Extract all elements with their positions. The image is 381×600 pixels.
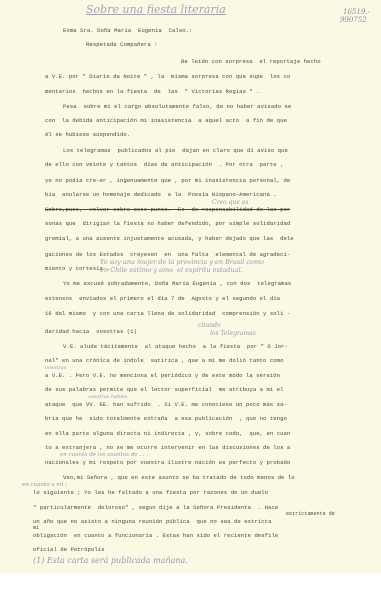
annotation-mi: mi [33, 525, 39, 532]
text-line: extensos enviados el primero el día 7 de… [45, 295, 280, 302]
text-line: con la debida anticipación mi inasistenc… [45, 117, 287, 124]
text-line: 16 del mismo y con una carta llena de so… [45, 310, 290, 317]
text-line: un año que no asisto a ninguna reunión p… [33, 518, 271, 525]
annotation-vosotras-habeis: vosotras habéis [88, 393, 127, 401]
annotation-vosotras: vosotras [45, 364, 66, 372]
text-line: daridad hacia vosotras (1) [45, 328, 137, 335]
text-line: a V.E. por " Diario da Noite " , la mism… [45, 73, 290, 80]
margin-note-1: Yo soy una mujer de la provincia y en Br… [100, 258, 264, 266]
annotation-telegramas: los Telegramas [210, 330, 256, 338]
text-line: Veo,mi Señora , que en este asunto se ha… [63, 474, 295, 481]
text-line: lo siguiente ; Yo les he faltado a una f… [33, 489, 268, 496]
text-line: gremial, a una ausente injustamente acus… [45, 235, 294, 242]
text-line: Pesa sobre mi el cargo absolutamente fal… [63, 103, 291, 110]
text-line: nacionales y mi respeto por vuestra ilus… [45, 459, 290, 466]
text-line: to a extranjera , no se me ocurre interv… [45, 444, 290, 451]
text-line: ataque que VV. EE. han sufrido . Si V.E.… [45, 401, 287, 408]
text-line: Yo me excusé sobradamente, Doña María Eu… [63, 280, 291, 287]
text-line: V.E. alude tácitamente al ataque hecho a… [63, 343, 288, 350]
salutation-addressee: Exma Sra. Doña María Eugenia Calso.: [63, 27, 192, 34]
text-line: bría que he sido totalmente extraña a es… [45, 415, 287, 422]
text-line: de sus palabras permite que el lector su… [45, 386, 283, 393]
text-line: nal" en una crónica de índole satírica ,… [45, 357, 283, 364]
text-line: yo no podía cre-er , ingenuamente que , … [45, 177, 290, 184]
text-line: " particularmente doloroso" , segun dije… [33, 504, 278, 511]
text-line: gaciones de los Estados creyesen en una … [45, 251, 290, 258]
text-line: mentarios hechos en la fiesta de las " V… [45, 88, 260, 95]
handwritten-title: Sobre una fiesta literaria [86, 6, 226, 14]
text-line: bía anularse un homenaje dedicado a la P… [45, 191, 277, 198]
text-line: oficial de Petrópolis [33, 546, 105, 553]
annotation-en-cuanto-a-mi: en cuanto a mí ; [22, 481, 67, 489]
letter-page: Sobre una fiesta literaria 16519.- 99075… [0, 0, 381, 573]
text-line: a V.E. . Pero V.E. no menciona el periód… [45, 372, 280, 379]
catalog-number-2: 990752 [340, 16, 367, 24]
annotation-citando: citando [198, 322, 221, 330]
text-line: él se hubiese suspendido. [45, 131, 130, 138]
text-line: sonas que dirigían la fiesta no haber de… [45, 220, 290, 227]
text-line: obligación en cuanto a funcionaria . Est… [33, 532, 278, 539]
catalog-number-1: 16519.- [343, 8, 370, 16]
footnote-handwritten: (1) Esta carta será publicada mañana. [33, 557, 188, 565]
margin-note-2: en Chile estimo y amo el espíritu estadu… [100, 266, 243, 274]
text-line: Re leído con sorpresa el reportaje hecho [181, 58, 321, 65]
salutation-greeting: Respetada Compañera : [86, 41, 158, 48]
text-line: de ello con veinte y tantos días de anti… [45, 161, 283, 168]
text-line: Los telegramas publicados al pie dajan e… [63, 147, 288, 154]
annotation-en-cuanto-asuntos: en cuanto de los asuntos de ... , [60, 451, 148, 459]
text-line: en ella parte alguna directa ni indirect… [45, 430, 290, 437]
text-line-struck: Sobre,pues, volver sobre este punto. Es … [45, 206, 290, 213]
annotation-estrictamente: estrictamente de [286, 511, 335, 518]
